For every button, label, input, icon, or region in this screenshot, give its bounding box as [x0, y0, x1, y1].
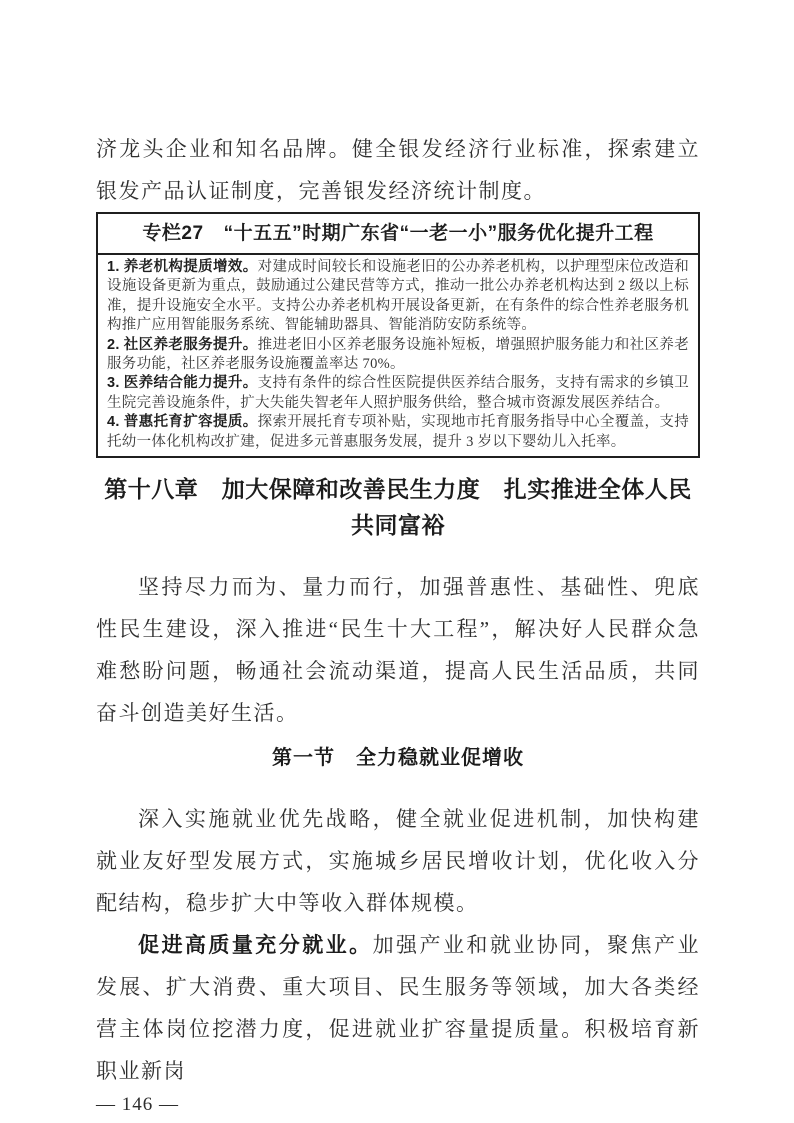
box-item-2-lead: 社区养老服务提升。	[124, 337, 258, 353]
column-box-body: 1.养老机构提质增效。对建成时间较长和设施老旧的公办养老机构，以护理型床位改造和…	[98, 255, 698, 456]
box-item-4-number: 4.	[107, 414, 120, 430]
box-item-2: 2.社区养老服务提升。推进老旧小区养老服务设施补短板，增强照护服务能力和社区养老…	[107, 336, 689, 375]
box-item-3-number: 3.	[107, 375, 120, 391]
box-item-4-lead: 普惠托育扩容提质。	[124, 414, 258, 430]
column-box-label: 专栏27	[142, 223, 203, 244]
box-item-2-number: 2.	[107, 337, 120, 353]
page-number: — 146 —	[96, 1094, 700, 1116]
intro-paragraph: 济龙头企业和知名品牌。健全银发经济行业标准，探索建立银发产品认证制度，完善银发经…	[96, 128, 700, 212]
box-item-1-lead: 养老机构提质增效。	[124, 259, 258, 275]
page-content: 济龙头企业和知名品牌。健全银发经济行业标准，探索建立银发产品认证制度，完善银发经…	[96, 128, 700, 1116]
section-heading: 第一节 全力稳就业促增收	[96, 736, 700, 780]
chapter-heading: 第十八章 加大保障和改善民生力度 扎实推进全体人民共同富裕	[96, 472, 700, 544]
column-box-title: 专栏27“十五五”时期广东省“一老一小”服务优化提升工程	[98, 214, 698, 255]
box-item-1-number: 1.	[107, 259, 120, 275]
paragraph-1: 坚持尽力而为、量力而行，加强普惠性、基础性、兜底性民生建设，深入推进“民生十大工…	[96, 566, 700, 734]
paragraph-3: 促进高质量充分就业。加强产业和就业协同，聚焦产业发展、扩大消费、重大项目、民生服…	[96, 924, 700, 1092]
paragraph-2: 深入实施就业优先战略，健全就业促进机制，加快构建就业友好型发展方式，实施城乡居民…	[96, 798, 700, 924]
column-27-box: 专栏27“十五五”时期广东省“一老一小”服务优化提升工程 1.养老机构提质增效。…	[96, 212, 700, 458]
box-item-3-lead: 医养结合能力提升。	[124, 375, 258, 391]
paragraph-3-lead: 促进高质量充分就业。	[138, 933, 373, 957]
column-box-title-text: “十五五”时期广东省“一老一小”服务优化提升工程	[224, 223, 654, 244]
box-item-1: 1.养老机构提质增效。对建成时间较长和设施老旧的公办养老机构，以护理型床位改造和…	[107, 258, 689, 336]
box-item-3: 3.医养结合能力提升。支持有条件的综合性医院提供医养结合服务，支持有需求的乡镇卫…	[107, 374, 689, 413]
box-item-4: 4.普惠托育扩容提质。探索开展托育专项补贴，实现地市托育服务指导中心全覆盖，支持…	[107, 413, 689, 452]
